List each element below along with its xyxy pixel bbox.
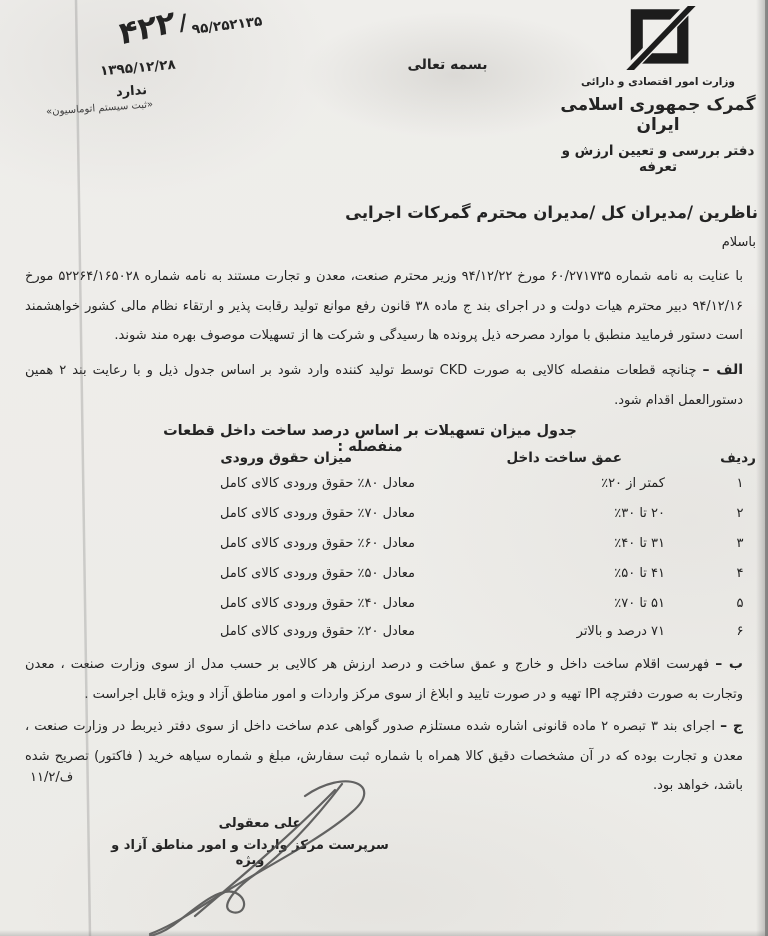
- header-row-number: ردیف: [718, 450, 758, 466]
- clause-b: ب – فهرست اقلام ساخت داخل و خارج و عمق س…: [25, 650, 743, 709]
- table-row: ۴ ۴۱ تا ۵۰٪ معادل ۵۰٪ حقوق ورودی کالای ک…: [0, 566, 768, 590]
- table-row: ۶ ۷۱ درصد و بالاتر معادل ۲۰٪ حقوق ورودی …: [0, 624, 768, 648]
- organization-name: گمرک جمهوری اسلامی ایران: [550, 95, 766, 135]
- reference-slash: /: [177, 9, 189, 40]
- signatory-name: علی معقولی: [195, 816, 325, 831]
- cell-import-duty: معادل ۵۰٪ حقوق ورودی کالای کامل: [153, 566, 415, 581]
- clause-a: الف – چنانچه قطعات منفصله کالایی به صورت…: [25, 356, 743, 415]
- table-row: ۳ ۳۱ تا ۴۰٪ معادل ۶۰٪ حقوق ورودی کالای ک…: [0, 536, 768, 560]
- reference-number-block: ۴۲۲ / ۹۵/۲۵۲۱۳۵: [117, 0, 329, 47]
- table-row: ۲ ۲۰ تا ۳۰٪ معادل ۷۰٪ حقوق ورودی کالای ک…: [0, 506, 768, 530]
- cell-domestic-depth: کمتر از ۲۰٪: [475, 476, 665, 491]
- cell-row-number: ۵: [720, 596, 760, 611]
- cell-import-duty: معادل ۸۰٪ حقوق ورودی کالای کامل: [153, 476, 415, 491]
- automation-stamp-note: «ثبت سیستم اتوماسیون»: [46, 99, 154, 117]
- recipient-line: ناظرین /مدیران کل /مدیران محترم گمرکات ا…: [345, 203, 758, 222]
- bismillah-heading: بسمه تعالی: [400, 57, 495, 73]
- table-row: ۵ ۵۱ تا ۷۰٪ معادل ۴۰٪ حقوق ورودی کالای ک…: [0, 596, 768, 620]
- cell-row-number: ۶: [720, 624, 760, 639]
- clause-b-label: ب –: [715, 656, 743, 672]
- signatory-title: سرپرست مرکز واردات و امور مناطق آزاد و و…: [100, 838, 400, 868]
- ministry-name: وزارت امور اقتصادی و دارائی: [550, 76, 766, 88]
- letter-date: ۱۳۹۵/۱۲/۲۸: [99, 57, 176, 80]
- typist-code: ف/۱۱/۲: [30, 770, 73, 785]
- reference-printed-number: ۹۵/۲۵۲۱۳۵: [191, 13, 263, 38]
- cell-domestic-depth: ۳۱ تا ۴۰٪: [475, 536, 665, 551]
- scanned-letter-page: وزارت امور اقتصادی و دارائی گمرک جمهوری …: [0, 0, 768, 936]
- letterhead: وزارت امور اقتصادی و دارائی گمرک جمهوری …: [550, 6, 766, 175]
- cell-row-number: ۳: [720, 536, 760, 551]
- cell-domestic-depth: ۷۱ درصد و بالاتر: [475, 624, 665, 639]
- cell-row-number: ۲: [720, 506, 760, 521]
- table-row: ۱ کمتر از ۲۰٪ معادل ۸۰٪ حقوق ورودی کالای…: [0, 476, 768, 500]
- clause-c-label: ج –: [720, 718, 743, 734]
- attachment-status: ندارد: [116, 83, 148, 100]
- cell-row-number: ۴: [720, 566, 760, 581]
- salutation: باسلام: [722, 235, 756, 250]
- header-import-duty: میزان حقوق ورودی: [220, 450, 352, 466]
- cell-domestic-depth: ۴۱ تا ۵۰٪: [475, 566, 665, 581]
- scan-bottom-shadow: [0, 930, 768, 936]
- clause-a-text: چنانچه قطعات منفصله کالایی به صورت CKD ت…: [25, 363, 743, 408]
- cell-domestic-depth: ۲۰ تا ۳۰٪: [475, 506, 665, 521]
- clause-c-text: اجرای بند ۳ تبصره ۲ ماده قانونی اشاره شد…: [25, 719, 743, 793]
- office-name: دفتر بررسی و تعیین ارزش و تعرفه: [550, 143, 766, 175]
- reference-handwritten-number: ۴۲۲: [118, 7, 176, 50]
- cell-import-duty: معادل ۲۰٪ حقوق ورودی کالای کامل: [153, 624, 415, 639]
- clause-a-label: الف –: [703, 362, 744, 378]
- header-domestic-depth: عمق ساخت داخل: [506, 450, 622, 466]
- cell-domestic-depth: ۵۱ تا ۷۰٪: [475, 596, 665, 611]
- customs-emblem-logo: [616, 6, 700, 70]
- cell-import-duty: معادل ۶۰٪ حقوق ورودی کالای کامل: [153, 536, 415, 551]
- cell-import-duty: معادل ۴۰٪ حقوق ورودی کالای کامل: [153, 596, 415, 611]
- clause-c: ج – اجرای بند ۳ تبصره ۲ ماده قانونی اشار…: [25, 712, 743, 801]
- cell-row-number: ۱: [720, 476, 760, 491]
- intro-paragraph: با عنایت به نامه شماره ۶۰/۲۷۱۷۳۵ مورخ ۹۴…: [25, 262, 743, 351]
- cell-import-duty: معادل ۷۰٪ حقوق ورودی کالای کامل: [153, 506, 415, 521]
- clause-b-text: فهرست اقلام ساخت داخل و خارج و عمق ساخت …: [25, 657, 743, 702]
